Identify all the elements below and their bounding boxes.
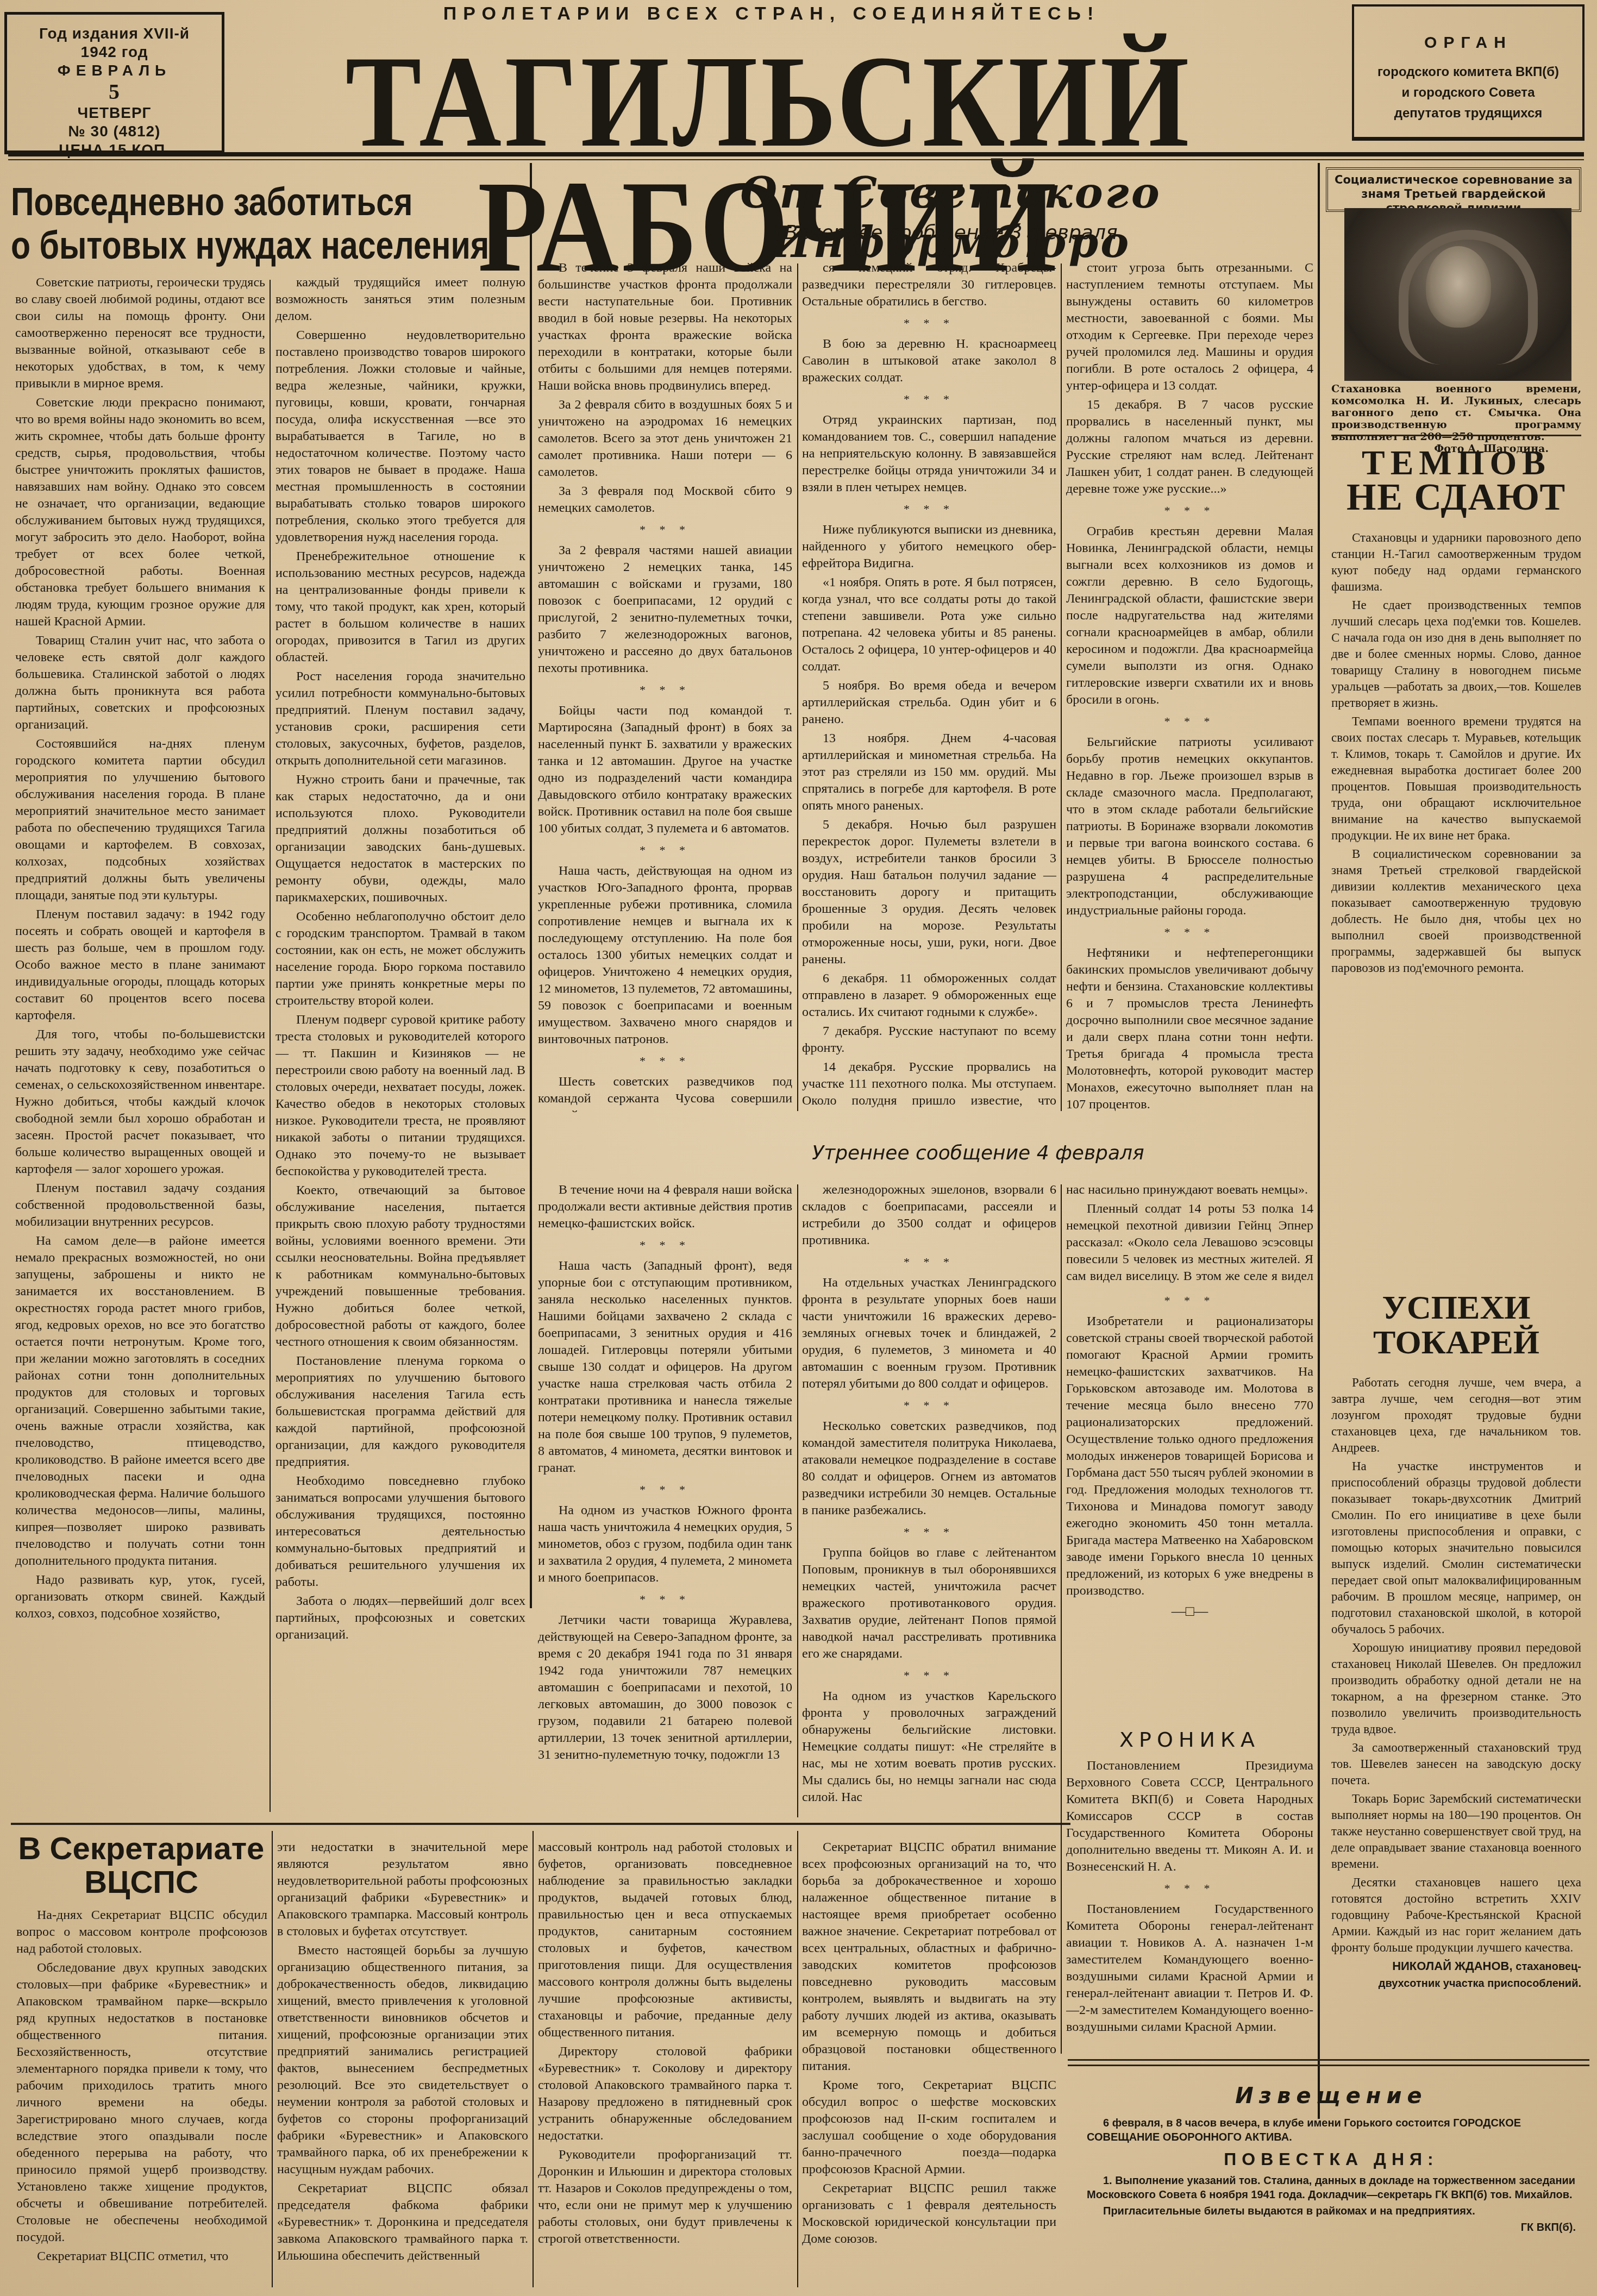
paragraph: Работать сегодня лучше, чем вчера, а зав…: [1331, 1375, 1581, 1456]
paragraph: 7 декабря. Русские наступают по всему фр…: [802, 1023, 1056, 1057]
paragraph: Десятки стахановцев нашего цеха готовятс…: [1331, 1874, 1581, 1956]
separator-stars: * * *: [538, 1591, 792, 1608]
paragraph: Не сдает производственных темпов лучший …: [1331, 597, 1581, 711]
separator-stars: * * *: [538, 681, 792, 698]
paragraph: Несколько советских разведчиков, под ком…: [802, 1418, 1056, 1519]
paragraph: Пренебрежительное отношение к использова…: [275, 548, 525, 666]
editorial-column-1: Советские патриоты, героически трудясь в…: [15, 274, 265, 1817]
column-rule: [530, 163, 532, 1608]
paragraph: Забота о людях—первейший долг всех парти…: [275, 1593, 525, 1643]
paragraph: Постановлением Государственного Комитета…: [1066, 1901, 1313, 2036]
paragraph: нас насильно принуждают воевать немцы».: [1066, 1182, 1313, 1199]
separator-stars: * * *: [538, 842, 792, 858]
paragraph: Ниже публикуются выписки из дневника, на…: [802, 522, 1056, 572]
paragraph: Секретариат ВЦСПС обязал председателя фа…: [277, 2180, 528, 2264]
separator-stars: * * *: [802, 1397, 1056, 1414]
separator-stars: * * *: [538, 1481, 792, 1498]
paragraph: Секретариат ВЦСПС отметил, что: [16, 2248, 267, 2265]
column-rule: [533, 1831, 534, 2287]
separator-stars: * * *: [1066, 1292, 1313, 1309]
separator-stars: * * *: [802, 1523, 1056, 1540]
paragraph: Пленум подверг суровой критике работу тр…: [275, 1012, 525, 1180]
paragraph: На самом деле—в районе имеется немало пр…: [15, 1233, 265, 1570]
paragraph: За самоотверженный стахановский труд тов…: [1331, 1740, 1581, 1789]
tempos-headline-line: НЕ СДАЮТ: [1326, 480, 1587, 515]
separator-stars: * * *: [538, 1052, 792, 1069]
paragraph: Бельгийские патриоты усиливают борьбу пр…: [1066, 734, 1313, 919]
vcsps-headline-line: В Секретариате: [11, 1832, 272, 1866]
paragraph: В течение ночи на 4 февраля наши войска …: [538, 1182, 792, 1232]
paragraph: Обследование двух крупных заводских стол…: [16, 1960, 267, 2246]
paragraph: Темпами военного времени трудятся на сво…: [1331, 713, 1581, 844]
tokari-headline-line: ТОКАРЕЙ: [1326, 1325, 1587, 1360]
paragraph: 15 декабря. В 7 часов русские прорвались…: [1066, 397, 1313, 498]
paragraph: Особенно неблагополучно обстоит дело с г…: [275, 908, 525, 1009]
organ-heading: ОРГАН: [1354, 34, 1582, 52]
separator-stars: * * *: [1066, 713, 1313, 730]
vcsps-column-1: На-днях Секретариат ВЦСПС обсудил вопрос…: [16, 1907, 267, 2287]
paragraph: Надо развивать кур, уток, гусей, организ…: [15, 1572, 265, 1622]
editorial-headline-line: о бытовых нуждах населения: [11, 224, 425, 267]
paragraph: Пленум поставил задачу: в 1942 году посе…: [15, 906, 265, 1024]
stakhanovka-photo: [1344, 208, 1571, 381]
paragraph: Советские патриоты, героически трудясь в…: [15, 274, 265, 392]
column-rule: [797, 1831, 798, 2287]
author-name: НИКОЛАЙ ЖДАНОВ,: [1392, 1959, 1512, 1973]
chronicle-article: Постановлением Президиума Верховного Сов…: [1066, 1758, 1313, 2056]
paragraph: В течение 3 февраля наши войска на больш…: [538, 260, 792, 394]
section-rule: [11, 1823, 1070, 1825]
paragraph: На одном из участков Южного фронта наша …: [538, 1502, 792, 1586]
paragraph: За 2 февраля сбито в воздушных боях 5 и …: [538, 397, 792, 481]
tempos-article: Стахановцы и ударники паровозного депо с…: [1331, 530, 1581, 1279]
paragraph: Необходимо повседневно глубоко заниматьс…: [275, 1473, 525, 1591]
editorial-headline-line: Повседневно заботиться: [11, 180, 425, 224]
masthead-rule-thin: [8, 159, 1584, 160]
notice-tickets: Пригласительные билеты выдаются в райком…: [1087, 2204, 1576, 2218]
vcsps-column-3: массовый контроль над работой столовых и…: [538, 1839, 792, 2287]
morning-column-2: железнодорожных эшелонов, взорвали 6 скл…: [802, 1182, 1056, 1817]
vcsps-headline: В Секретариате ВЦСПС: [11, 1832, 272, 1899]
separator-stars: * * *: [802, 1253, 1056, 1270]
paragraph: Советские люди прекрасно понимают, что в…: [15, 394, 265, 630]
evening-column-2: ся немецкий отряд. Храбрецы-разведчики п…: [802, 260, 1056, 1113]
masthead-rule: [8, 152, 1584, 156]
vcsps-column-4: Секретариат ВЦСПС обратил внимание всех …: [802, 1839, 1056, 2287]
paragraph: «1 ноября. Опять в роте. Я был потрясен,…: [802, 574, 1056, 675]
paragraph: На-днях Секретариат ВЦСПС обсудил вопрос…: [16, 1907, 267, 1958]
paragraph: ся немецкий отряд. Храбрецы-разведчики п…: [802, 260, 1056, 310]
evening-column-1: В течение 3 февраля наши войска на больш…: [538, 260, 792, 1113]
paragraph: 13 ноября. Днем 4-часовая артиллерийская…: [802, 730, 1056, 814]
photo-face-shape: [1426, 246, 1491, 328]
tempos-headline: ТЕМПОВ НЕ СДАЮТ: [1326, 446, 1587, 515]
paragraph: каждый трудящийся имеет полную возможнос…: [275, 274, 525, 325]
inventors-article: * * * Изобретатели и рационализаторы сов…: [1066, 1288, 1313, 1706]
separator-stars: * * *: [802, 391, 1056, 407]
notice-agenda-item: 1. Выполнение указаний тов. Сталина, дан…: [1087, 2174, 1576, 2202]
paragraph: Кроме того, Секретариат ВЦСПС обсудил во…: [802, 2077, 1056, 2178]
organ-box: ОРГАН городского комитета ВКП(б) и город…: [1352, 4, 1585, 141]
paragraph: На одном из участков Карельского фронта …: [802, 1688, 1056, 1806]
paragraph: Коекто, отвечающий за бытовое обслуживан…: [275, 1182, 525, 1351]
column-rule: [1318, 163, 1320, 2119]
evening-column-3: стоит угроза быть отрезанными. С наступл…: [1066, 260, 1313, 1113]
notice-body: 6 февраля, в 8 часов вечера, в клубе име…: [1087, 2116, 1576, 2237]
paragraph: Вместо настоящей борьбы за лучшую органи…: [277, 1942, 528, 2178]
paragraph: Шесть советских разведчиков под командой…: [538, 1074, 792, 1113]
paragraph: Нефтяники и нефтеперегонщики бакинских п…: [1066, 945, 1313, 1113]
evening-report-subhead: Вечернее сообщение 3 февраля: [571, 222, 1331, 244]
column-rule: [270, 280, 271, 1812]
paragraph: За 3 февраля под Москвой сбито 9 немецки…: [538, 483, 792, 517]
paragraph: Нужно строить бани и прачечные, так как …: [275, 771, 525, 906]
issue-year-label: Год издания XVII-й: [7, 24, 222, 43]
separator-stars: * * *: [802, 1667, 1056, 1684]
organ-line: депутатов трудящихся: [1354, 103, 1582, 124]
sovinformburo-headline: От Советского Информбюро: [571, 168, 1331, 267]
vcsps-column-2: эти недостатки в значительной мере являю…: [277, 1839, 528, 2287]
morning-column-3: нас насильно принуждают воевать немцы». …: [1066, 1182, 1313, 1285]
tokari-article: Работать сегодня лучше, чем вчера, а зав…: [1331, 1375, 1581, 2059]
column-rule: [797, 264, 798, 1111]
column-rule: [1061, 264, 1062, 1111]
separator-stars: * * *: [538, 1237, 792, 1253]
issue-number: № 30 (4812): [7, 122, 222, 141]
photo-caption-text: Стахановка военного времени, комсомолка …: [1331, 383, 1581, 443]
separator-stars: * * *: [1066, 924, 1313, 940]
paragraph: Секретариат ВЦСПС решил также организова…: [802, 2180, 1056, 2248]
paragraph: стоит угроза быть отрезанными. С наступл…: [1066, 260, 1313, 394]
column-rule: [1061, 1184, 1062, 2054]
issue-day: 5: [7, 80, 222, 104]
paragraph: В социалистическом соревновании за знамя…: [1331, 846, 1581, 976]
paragraph: Совершенно неудовлетворительно поставлен…: [275, 327, 525, 546]
paragraph: Постановлением Президиума Верховного Сов…: [1066, 1758, 1313, 1875]
notice-text: 6 февраля, в 8 часов вечера, в клубе име…: [1087, 2116, 1576, 2144]
paragraph: Состоявшийся на-днях пленум городского к…: [15, 736, 265, 904]
paragraph: Изобретатели и рационализаторы советской…: [1066, 1313, 1313, 1599]
paragraph: Наша часть (Западный фронт), ведя упорны…: [538, 1258, 792, 1477]
paragraph: массовый контроль над работой столовых и…: [538, 1839, 792, 2041]
section-rule: [1068, 2059, 1589, 2061]
paragraph: На участке инструментов и приспособлений…: [1331, 1458, 1581, 1638]
editorial-column-2: каждый трудящийся имеет полную возможнос…: [275, 274, 525, 1817]
paragraph: Летчики части товарища Журавлева, действ…: [538, 1612, 792, 1764]
issue-year: 1942 год: [7, 43, 222, 61]
paragraph: Товарищ Сталин учит нас, что забота о че…: [15, 632, 265, 733]
tokari-headline: УСПЕХИ ТОКАРЕЙ: [1326, 1290, 1587, 1360]
paragraph: Ограбив крестьян деревни Малая Новинка, …: [1066, 523, 1313, 708]
section-rule: [1331, 435, 1581, 436]
paragraph: Рост населения города значительно усилил…: [275, 668, 525, 769]
paragraph: 5 декабря. Ночью был разрушен перекресто…: [802, 817, 1056, 968]
author-signature: НИКОЛАЙ ЖДАНОВ, стахановец-двухсотник уч…: [1331, 1958, 1581, 1992]
issue-month: ФЕВРАЛЬ: [7, 61, 222, 80]
issue-weekday: ЧЕТВЕРГ: [7, 104, 222, 122]
slogan: ПРОЛЕТАРИИ ВСЕХ СТРАН, СОЕДИНЯЙТЕСЬ!: [293, 3, 1250, 24]
notice-signature: ГК ВКП(б).: [1087, 2220, 1576, 2235]
organ-line: и городского Совета: [1354, 83, 1582, 103]
column-rule: [272, 1831, 273, 2287]
editorial-headline: Повседневно заботиться о бытовых нуждах …: [11, 180, 425, 267]
paragraph: Постановление пленума горкома о мероприя…: [275, 1353, 525, 1471]
paragraph: эти недостатки в значительной мере являю…: [277, 1839, 528, 1940]
separator-stars: * * *: [802, 500, 1056, 517]
section-rule: [1068, 2065, 1589, 2066]
paragraph: За 2 февраля частями нашей авиации уничт…: [538, 542, 792, 677]
paragraph: Группа бойцов во главе с лейтенантом Поп…: [802, 1545, 1056, 1663]
paragraph: На отдельных участках Ленинградского фро…: [802, 1275, 1056, 1392]
tokari-headline-line: УСПЕХИ: [1326, 1290, 1587, 1325]
morning-report-subhead: Утреннее сообщение 4 февраля: [625, 1142, 1331, 1164]
separator-stars: * * *: [538, 521, 792, 538]
paragraph: Руководители профорганизаций тт. Доронки…: [538, 2147, 792, 2248]
notice-agenda-title: ПОВЕСТКА ДНЯ:: [1087, 2152, 1576, 2166]
paragraph: Бойцы части под командой т. Мартиросяна …: [538, 702, 792, 837]
notice-title: Извещение: [1087, 2084, 1576, 2109]
vcsps-headline-line: ВЦСПС: [11, 1866, 272, 1899]
separator-stars: * * *: [1066, 1880, 1313, 1897]
ornament-divider: —□—: [1066, 1603, 1313, 1620]
paragraph: 5 ноября. Во время обеда и вечером артил…: [802, 677, 1056, 728]
separator-stars: * * *: [1066, 502, 1313, 519]
paragraph: Пленум поставил задачу создания собствен…: [15, 1180, 265, 1231]
morning-column-1: В течение ночи на 4 февраля наши войска …: [538, 1182, 792, 1817]
paragraph: Секретариат ВЦСПС обратил внимание всех …: [802, 1839, 1056, 2075]
paragraph: Директору столовой фабрики «Буревестник»…: [538, 2043, 792, 2144]
chronicle-headline: ХРОНИКА: [1066, 1728, 1313, 1752]
paragraph: Пленный солдат 14 роты 53 полка 14 немец…: [1066, 1201, 1313, 1285]
tempos-headline-line: ТЕМПОВ: [1326, 446, 1587, 480]
paragraph: Стахановцы и ударники паровозного депо с…: [1331, 530, 1581, 595]
paragraph: Токарь Борис Зарембский систематически в…: [1331, 1791, 1581, 1872]
paragraph: Отряд украинских партизан, под командова…: [802, 412, 1056, 496]
paragraph: Для того, чтобы по-большевистски решить …: [15, 1026, 265, 1178]
paragraph: 14 декабря. Русские прорвались на участк…: [802, 1059, 1056, 1113]
separator-stars: * * *: [802, 315, 1056, 331]
paragraph: 6 декабря. 11 обмороженных солдат отправ…: [802, 970, 1056, 1021]
issue-date-box: Год издания XVII-й 1942 год ФЕВРАЛЬ 5 ЧЕ…: [4, 12, 224, 154]
paragraph: Хорошую инициативу проявил передовой ста…: [1331, 1640, 1581, 1737]
column-rule: [797, 1184, 798, 1817]
paragraph: В бою за деревню Н. красноармеец Саволин…: [802, 336, 1056, 386]
competition-banner: Социалистическое соревнование за знамя Т…: [1326, 167, 1581, 212]
paragraph: Наша часть, действующая на одном из учас…: [538, 863, 792, 1048]
organ-line: городского комитета ВКП(б): [1354, 62, 1582, 83]
paragraph: железнодорожных эшелонов, взорвали 6 скл…: [802, 1182, 1056, 1249]
